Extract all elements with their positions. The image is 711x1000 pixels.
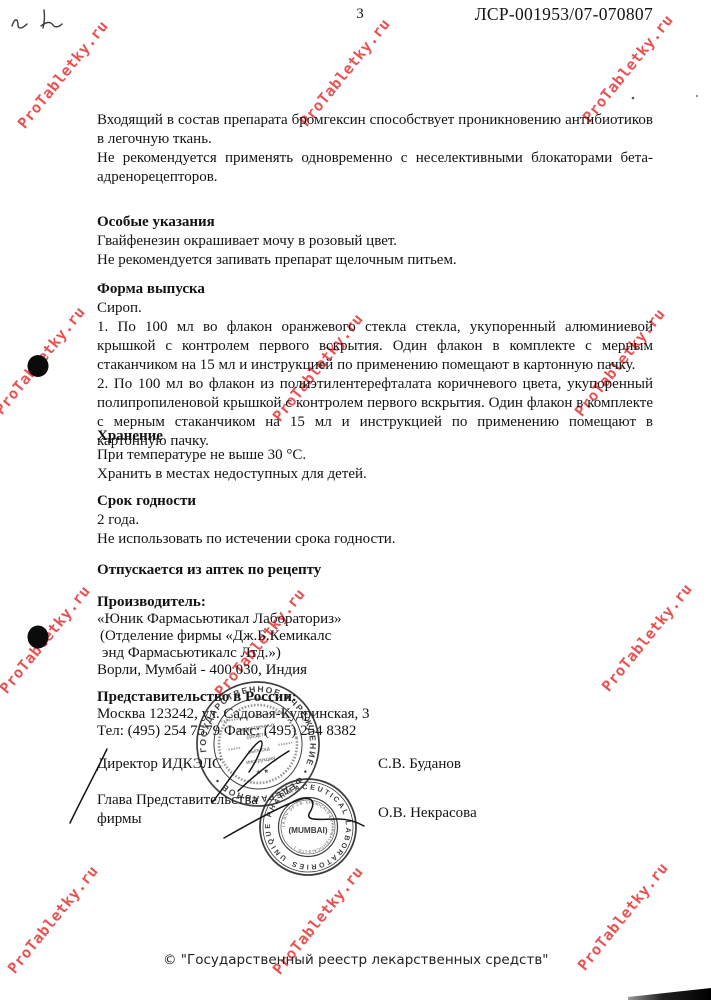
signature-role: Директор ИДКЭЛС — [97, 756, 222, 772]
paragraph: Тел: (495) 254 7579 Факс: (495) 254 8382 — [97, 723, 653, 740]
copyright-footer: © "Государственный реестр лекарственных … — [163, 952, 549, 968]
paragraph: Хранить в местах недоступных для детей. — [97, 465, 653, 484]
page-number: 3 — [340, 6, 380, 23]
signature-role: фирмы — [97, 810, 653, 829]
representative-section: Представительство в России: Москва 12324… — [97, 689, 653, 740]
signature-row-director: Директор ИДКЭЛС С.В. Буданов — [97, 755, 653, 774]
special-instructions-section: Особые указания Гвайфенезин окрашивает м… — [97, 213, 653, 270]
paragraph: Не рекомендуется запивать препарат щелоч… — [97, 251, 653, 270]
shelf-life-section: Срок годности 2 года. Не использовать по… — [97, 492, 653, 549]
manufacturer-section: Производитель: «Юник Фармасьютикал Лабор… — [97, 594, 653, 679]
section-title: Хранение — [97, 427, 653, 446]
paragraph: (Отделение фирмы «Дж.Б.Кемикалс — [97, 628, 653, 645]
intro-section: Входящий в состав препарата бромгексин с… — [97, 111, 653, 187]
watermark: ProTabletky.ru — [4, 862, 102, 977]
watermark: ProTabletky.ru — [0, 303, 89, 418]
watermark: ProTabletky.ru — [0, 582, 94, 697]
dispensing-section: Отпускается из аптек по рецепту — [97, 561, 653, 580]
paragraph: При температуре не выше 30 °С. — [97, 446, 653, 465]
hole-punch — [28, 626, 49, 649]
handwritten-marks — [12, 10, 62, 28]
registration-number: ЛСР-001953/07-070807 — [475, 4, 653, 25]
paragraph: энд Фармасьютикалс Лтд.») — [97, 645, 653, 662]
paragraph: «Юник Фармасьютикал Лабораториз» — [97, 611, 653, 628]
storage-section: Хранение При температуре не выше 30 °С. … — [97, 427, 653, 484]
paragraph: Сироп. — [97, 299, 653, 318]
paragraph: 2 года. — [97, 511, 653, 530]
signature-name: О.В. Некрасова — [378, 804, 477, 823]
section-title: Производитель: — [97, 594, 653, 611]
paragraph: 1. По 100 мл во флакон оранжевого стекла… — [97, 318, 653, 375]
ink-speck — [696, 95, 698, 97]
document-page: ProTabletky.ru ProTabletky.ru ProTabletk… — [0, 0, 711, 1000]
paragraph: Не рекомендуется применять одновременно … — [97, 149, 653, 187]
signature-row-head: Глава Представительства фирмы О.В. Некра… — [97, 791, 653, 829]
paragraph: Не использовать по истечении срока годно… — [97, 530, 653, 549]
paragraph: Гвайфенезин окрашивает мочу в розовый цв… — [97, 232, 653, 251]
signature-name: С.В. Буданов — [378, 755, 461, 774]
paragraph: Входящий в состав препарата бромгексин с… — [97, 111, 653, 149]
scan-smudge — [628, 988, 711, 1000]
section-title: Представительство в России: — [97, 689, 653, 706]
section-title: Отпускается из аптек по рецепту — [97, 561, 653, 580]
ink-speck — [632, 97, 635, 100]
paragraph: Москва 123242, ул. Садовая-Кудринская, 3 — [97, 706, 653, 723]
watermark: ProTabletky.ru — [579, 11, 677, 126]
section-title: Особые указания — [97, 213, 653, 232]
signature-role: Глава Представительства — [97, 791, 653, 810]
watermark: ProTabletky.ru — [574, 859, 672, 974]
hole-punch — [28, 355, 49, 377]
paragraph: Ворли, Мумбай - 400 030, Индия — [97, 662, 653, 679]
section-title: Срок годности — [97, 492, 653, 511]
section-title: Форма выпуска — [97, 280, 653, 299]
release-form-section: Форма выпуска Сироп. 1. По 100 мл во фла… — [97, 280, 653, 451]
